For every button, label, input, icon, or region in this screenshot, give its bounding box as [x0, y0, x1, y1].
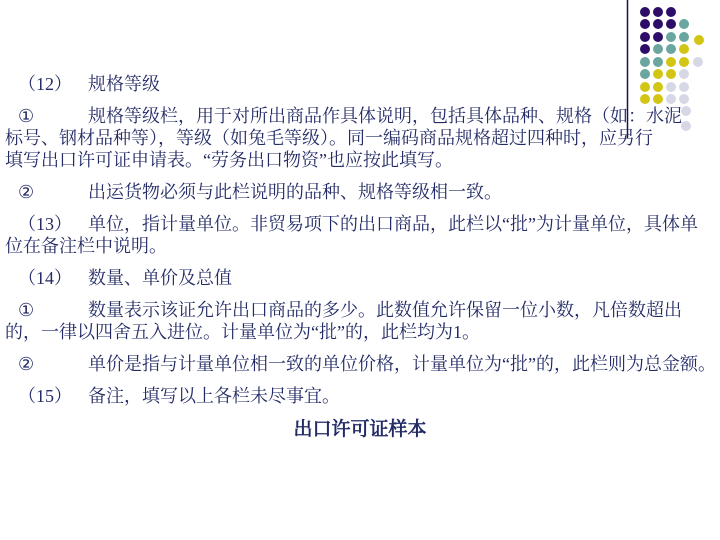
item-text: 数量表示该证允许出口商品的多少。此数值允许保留一位小数，凡倍数超出: [88, 300, 682, 320]
teal-dot-icon: [679, 32, 689, 42]
purple-dot-icon: [666, 19, 676, 29]
paragraph-item-13: （13）单位，指计量单位。非贸易项下的出口商品，此栏以“批”为计量单位，具体单 …: [5, 213, 715, 257]
purple-dot-icon: [653, 32, 663, 42]
item-number: ①: [18, 299, 88, 321]
item-number: ②: [18, 353, 88, 375]
teal-dot-icon: [653, 44, 663, 54]
paragraph-note-1: ①规格等级栏，用于对所出商品作具体说明，包括具体品种、规格（如：水泥 标号、钢材…: [5, 105, 715, 171]
item-number: ②: [18, 181, 88, 203]
item-text: 出运货物必须与此栏说明的品种、规格等级相一致。: [88, 182, 502, 202]
item-text: 填写出口许可证申请表。“劳务出口物资”也应按此填写。: [5, 149, 715, 171]
slide-body-text: （12）规格等级 ①规格等级栏，用于对所出商品作具体说明，包括具体品种、规格（如…: [5, 63, 715, 442]
item-text: 单价是指与计量单位相一致的单位价格，计量单位为“批”的，此栏则为总金额。: [88, 354, 716, 374]
item-text: 备注，填写以上各栏未尽事宜。: [88, 386, 340, 406]
purple-dot-icon: [640, 7, 650, 17]
item-number: ①: [18, 105, 88, 127]
paragraph-note-2: ②出运货物必须与此栏说明的品种、规格等级相一致。: [5, 181, 715, 203]
item-number: （14）: [18, 267, 88, 289]
item-number: （13）: [18, 213, 88, 235]
item-text: 规格等级栏，用于对所出商品作具体说明，包括具体品种、规格（如：水泥: [88, 106, 682, 126]
slide-page: { "page": { "background": "#ffffff", "te…: [0, 0, 720, 540]
teal-dot-icon: [666, 44, 676, 54]
paragraph-item-14: （14）数量、单价及总值: [5, 267, 715, 289]
paragraph-item-12: （12）规格等级: [5, 73, 715, 95]
purple-dot-icon: [653, 19, 663, 29]
purple-dot-icon: [640, 19, 650, 29]
item-number: （12）: [18, 73, 88, 95]
item-text: 数量、单价及总值: [88, 268, 232, 288]
sample-title: 出口许可证样本: [5, 418, 715, 442]
item-text: 标号、钢材品种等），等级（如兔毛等级）。同一编码商品规格超过四种时，应另行: [5, 127, 715, 149]
paragraph-note-2b: ②单价是指与计量单位相一致的单位价格，计量单位为“批”的，此栏则为总金额。: [5, 353, 715, 375]
yellow-dot-icon: [679, 44, 689, 54]
paragraph-note-1b: ①数量表示该证允许出口商品的多少。此数值允许保留一位小数，凡倍数超出 的，一律以…: [5, 299, 715, 343]
item-text: 位在备注栏中说明。: [5, 235, 715, 257]
purple-dot-icon: [640, 32, 650, 42]
item-number: （15）: [18, 385, 88, 407]
purple-dot-icon: [653, 7, 663, 17]
teal-dot-icon: [666, 32, 676, 42]
item-text: 的，一律以四舍五入进位。计量单位为“批”的，此栏均为1。: [5, 321, 715, 343]
purple-dot-icon: [640, 44, 650, 54]
yellow-dot-icon: [694, 35, 704, 45]
item-text: 单位，指计量单位。非贸易项下的出口商品，此栏以“批”为计量单位，具体单: [88, 214, 698, 234]
teal-dot-icon: [679, 19, 689, 29]
paragraph-item-15: （15）备注，填写以上各栏未尽事宜。: [5, 385, 715, 407]
item-text: 规格等级: [88, 74, 160, 94]
purple-dot-icon: [666, 7, 676, 17]
